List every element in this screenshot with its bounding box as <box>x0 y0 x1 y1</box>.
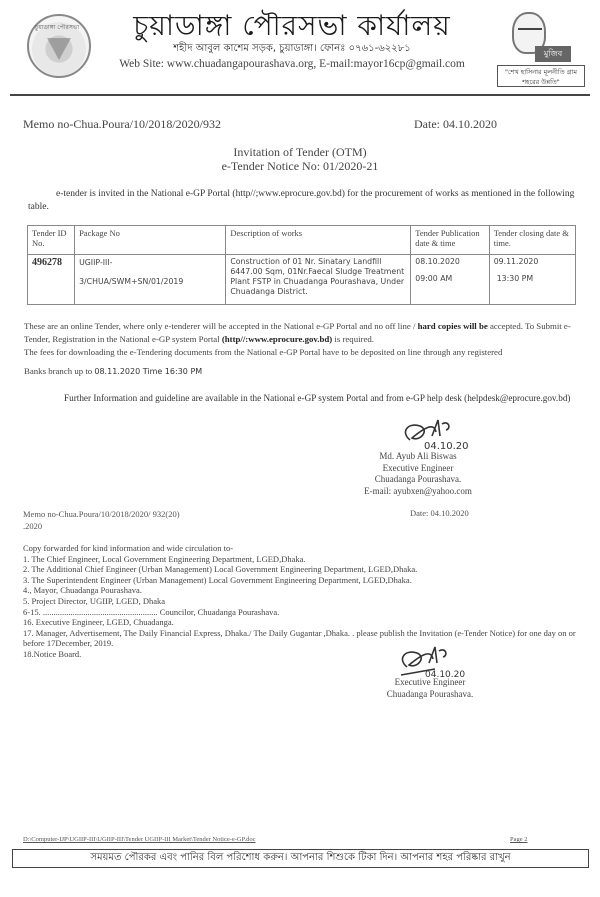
fees-deadline-label: Banks branch up to <box>24 366 92 376</box>
tender-table: Tender ID No. Package No Description of … <box>27 225 576 305</box>
list-item: 17. Manager, Advertisement, The Daily Fi… <box>23 628 583 649</box>
footer-slogan: সময়মত পৌরকর এবং পানির বিল পরিশোধ করুন। … <box>12 849 589 868</box>
municipality-logo: চুয়াডাঙ্গা পৌরসভা <box>27 14 91 78</box>
list-item: 18.Notice Board. <box>23 649 583 660</box>
list-item: 2. The Additional Chief Engineer (Urban … <box>23 564 583 575</box>
header-publication-date: Tender Publication date & time <box>411 226 489 255</box>
slogan-box: "শেখ হাসিনার মূলনীতি গ্রাম শহরের উন্নতি" <box>497 65 585 87</box>
signatory-2-designation: Executive Engineer <box>370 677 490 689</box>
fees-deadline: Banks branch up to 08.11.2020 Time 16:30… <box>24 366 584 376</box>
cell-publication: 08.10.2020 09:00 AM <box>411 255 489 305</box>
memo2-date: Date: 04.10.2020 <box>410 508 469 518</box>
header-tender-id: Tender ID No. <box>28 226 75 255</box>
list-item: 5. Project Director, UGIIP, LGED, Dhaka <box>23 596 583 607</box>
list-item: 3. The Superintendent Engineer (Urban Ma… <box>23 575 583 586</box>
publication-date: 08.10.2020 <box>415 257 484 267</box>
memo2-number: Memo no-Chua.Poura/10/2018/2020/ 932(20)… <box>23 508 180 532</box>
package-line-2: 3/CHUA/SWM+SN/01/2019 <box>79 277 221 287</box>
cell-description: Construction of 01 Nr. Sinatary Landfill… <box>226 255 411 305</box>
closing-time: 13:30 PM <box>494 274 571 284</box>
signatory-name: Md. Ayub Ali Biswas <box>348 451 488 463</box>
notice-title: Invitation of Tender (OTM) <box>0 145 600 160</box>
signatory-1-block: Md. Ayub Ali Biswas Executive Engineer C… <box>348 451 488 497</box>
publication-time: 09:00 AM <box>415 274 484 284</box>
intro-paragraph: e-tender is invited in the National e-GP… <box>28 188 578 214</box>
footer-page-number: Page 2 <box>510 836 528 843</box>
org-web-email: Web Site: www.chuadangapourashava.org, E… <box>102 58 482 70</box>
list-item: 16. Executive Engineer, LGED, Chuadanga. <box>23 617 583 628</box>
signatory-2-office: Chuadanga Pourashava. <box>370 689 490 701</box>
notice-number: e-Tender Notice No: 01/2020-21 <box>0 159 600 174</box>
list-item: 1. The Chief Engineer, Local Government … <box>23 554 583 565</box>
tender-id: 496278 <box>32 257 62 268</box>
package-line-1: UGIIP-III- <box>79 258 221 268</box>
logo-ring-text: চুয়াডাঙ্গা পৌরসভা <box>35 22 79 33</box>
memo2-number-line2: .2020 <box>23 520 180 532</box>
fees-paragraph: The fees for downloading the e-Tendering… <box>24 347 584 357</box>
portrait-glasses <box>518 28 542 34</box>
memo-number: Memo no-Chua.Poura/10/2018/2020/932 <box>23 117 221 132</box>
copy-forward-heading: Copy forwarded for kind information and … <box>23 543 583 554</box>
list-item: 6-15. ..................................… <box>23 607 583 618</box>
header-package-no: Package No <box>75 226 226 255</box>
online-tender-paragraph: These are an online Tender, where only e… <box>24 320 584 345</box>
signatory-office: Chuadanga Pourashava. <box>348 474 488 486</box>
cell-package-no: UGIIP-III- 3/CHUA/SWM+SN/01/2019 <box>75 255 226 305</box>
copy-forward-list: Copy forwarded for kind information and … <box>23 543 583 660</box>
signatory-email: E-mail: ayubxen@yahoo.com <box>348 486 488 498</box>
letterhead: চুয়াডাঙ্গা পৌরসভা চুয়াডাঙ্গা পৌরসভা কা… <box>0 0 600 100</box>
memo-date: Date: 04.10.2020 <box>414 117 497 132</box>
online-text-a: These are an online Tender, where only e… <box>24 321 418 331</box>
online-text-d: is required. <box>332 334 374 344</box>
header-closing-date: Tender closing date & time. <box>489 226 575 255</box>
further-info-paragraph: Further Information and guideline are av… <box>24 392 584 405</box>
signature-2-icon: 04.10.20 <box>395 647 485 679</box>
cell-closing: 09.11.2020 13:30 PM <box>489 255 575 305</box>
fees-deadline-value: 08.11.2020 Time 16:30 PM <box>94 367 202 376</box>
closing-date: 09.11.2020 <box>494 257 571 267</box>
header-divider <box>10 94 590 96</box>
list-item: 4., Mayor, Chuadanga Pourashava. <box>23 585 583 596</box>
signatory-designation: Executive Engineer <box>348 463 488 475</box>
table-row: 496278 UGIIP-III- 3/CHUA/SWM+SN/01/2019 … <box>28 255 576 305</box>
online-text-bold: hard copies will be <box>418 321 488 331</box>
signature-1-icon: 04.10.20 <box>390 418 490 453</box>
org-address: শহীদ আবুল কাশেম সড়ক, চুয়াডাঙ্গা। ফোনঃ … <box>102 41 482 58</box>
table-header-row: Tender ID No. Package No Description of … <box>28 226 576 255</box>
mujib-year-badge: মুজিব শতবর্ষ <box>535 46 571 62</box>
memo2-number-line1: Memo no-Chua.Poura/10/2018/2020/ 932(20) <box>23 508 180 520</box>
header-description: Description of works <box>226 226 411 255</box>
eprocure-link[interactable]: (http//:www.eprocure.gov.bd) <box>222 334 332 344</box>
signatory-2-block: Executive Engineer Chuadanga Pourashava. <box>370 677 490 700</box>
cell-tender-id: 496278 <box>28 255 75 305</box>
footer-file-path: D:\Computer-IJP\UGIIP-III\UGIIP-III\Tend… <box>23 836 256 843</box>
logo-emblem-icon <box>47 38 71 60</box>
